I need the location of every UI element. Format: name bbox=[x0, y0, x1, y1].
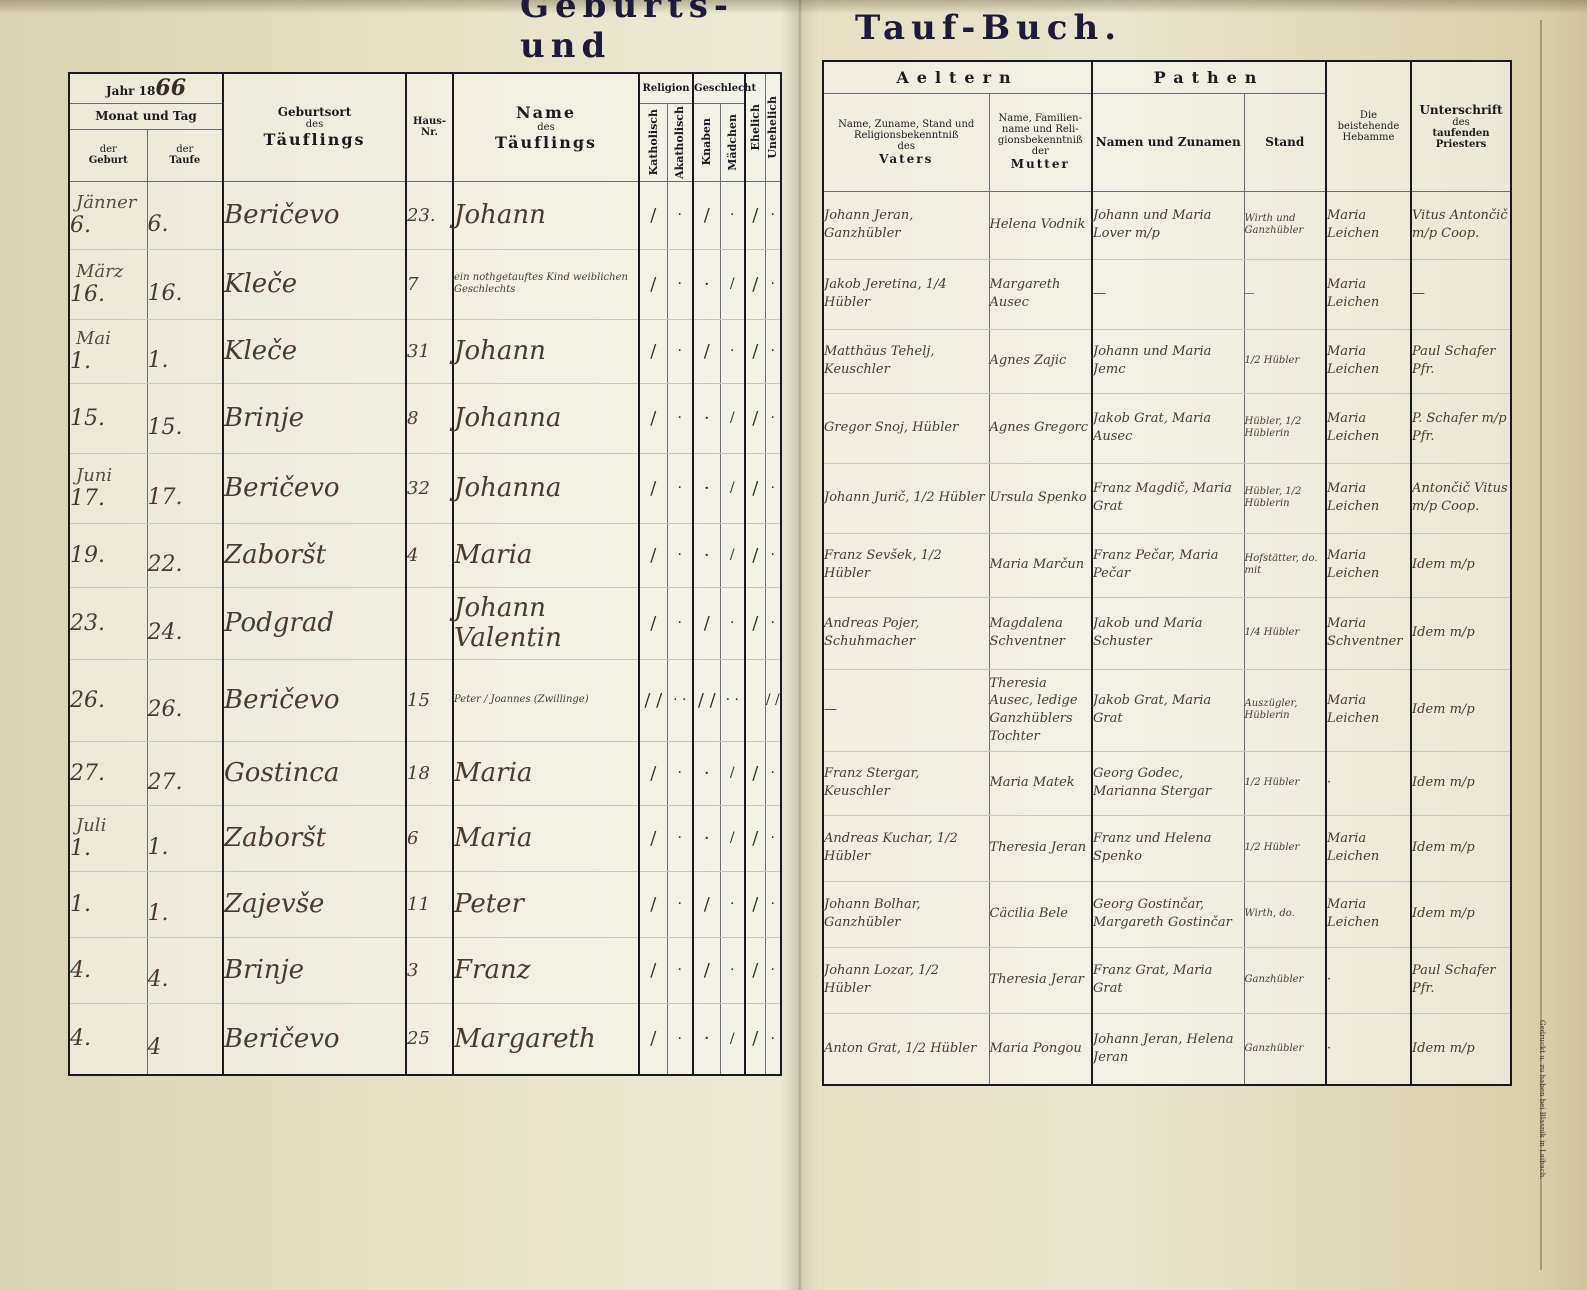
father-cell: Franz Stergar, Keuschler bbox=[823, 751, 989, 815]
catholic-label: Katholisch bbox=[647, 109, 660, 175]
godparents-cell: Johann Jeran, Helena Jeran bbox=[1092, 1013, 1244, 1085]
godparents-cell: Franz Magdič, Maria Grat bbox=[1092, 463, 1244, 533]
birthplace-cell: Beričevo bbox=[223, 1003, 406, 1075]
midwife-cell: Maria Leichen bbox=[1326, 463, 1411, 533]
godparents-cell: Georg Godec, Marianna Stergar bbox=[1092, 751, 1244, 815]
legitimate-mark: / bbox=[745, 249, 765, 319]
house-header-top: Haus- bbox=[407, 116, 452, 127]
father-cell: Matthäus Tehelj, Keuschler bbox=[823, 329, 989, 393]
father-header-l3: des bbox=[824, 141, 989, 152]
birth-day: 27. bbox=[70, 761, 105, 786]
father-cell: Jakob Jeretina, 1/4 Hübler bbox=[823, 259, 989, 329]
godparent-status-cell: 1/2 Hübler bbox=[1244, 751, 1326, 815]
birth-date-cell: 26. bbox=[69, 659, 147, 741]
year-label: Jahr 18 bbox=[106, 84, 155, 98]
boy-mark: / / bbox=[693, 659, 720, 741]
illegitimate-mark: · bbox=[765, 249, 781, 319]
father-cell: Andreas Kuchar, 1/2 Hübler bbox=[823, 815, 989, 881]
birth-date-cell: März16. bbox=[69, 249, 147, 319]
register-row: 4.4.Brinje3Franz/·/·/· bbox=[69, 937, 781, 1003]
godparent-status-cell: Ganzhübler bbox=[1244, 947, 1326, 1013]
legitimate-mark: / bbox=[745, 937, 765, 1003]
birth-date-cell: 4. bbox=[69, 937, 147, 1003]
register-row: 23.24.PodgradJohann Valentin/·/·/· bbox=[69, 587, 781, 659]
baptism-day: 16. bbox=[147, 249, 223, 319]
house-number-cell bbox=[406, 587, 453, 659]
mother-cell: Magdalena Schventner bbox=[989, 597, 1092, 669]
godparents-cell: Georg Gostinčar, Margareth Gostinčar bbox=[1092, 881, 1244, 947]
father-cell: Johann Jeran, Ganzhübler bbox=[823, 191, 989, 259]
midwife-cell: Maria Leichen bbox=[1326, 533, 1411, 597]
child-name-cell: Maria bbox=[453, 523, 639, 587]
left-register-body: Jänner6.6.Beričevo23.Johann/·/·/·März16.… bbox=[69, 181, 781, 1075]
illegitimate-mark: / / bbox=[765, 659, 781, 741]
father-cell: Franz Sevšek, 1/2 Hübler bbox=[823, 533, 989, 597]
register-row: Jänner6.6.Beričevo23.Johann/·/·/· bbox=[69, 181, 781, 249]
mother-cell: Helena Vodnik bbox=[989, 191, 1092, 259]
birthplace-header-top: Geburtsort bbox=[224, 105, 405, 119]
godparent-status-cell: Wirth, do. bbox=[1244, 881, 1326, 947]
boy-mark: · bbox=[693, 383, 720, 453]
baptism-day: 4. bbox=[147, 937, 223, 1003]
birth-date-cell: Juni17. bbox=[69, 453, 147, 523]
month-label: März bbox=[76, 261, 147, 282]
register-row: Gregor Snoj, HüblerAgnes GregorcJakob Gr… bbox=[823, 393, 1511, 463]
illegitimate-mark: · bbox=[765, 587, 781, 659]
mother-cell: Theresia Jeran bbox=[989, 815, 1092, 881]
register-row: 26.26.Beričevo15Peter / Joannes (Zwillin… bbox=[69, 659, 781, 741]
priest-signature-cell: Paul Schafer Pfr. bbox=[1411, 329, 1511, 393]
month-label: Jänner bbox=[76, 192, 147, 213]
birthplace-cell: Beričevo bbox=[223, 453, 406, 523]
priest-signature-cell: Idem m/p bbox=[1411, 533, 1511, 597]
boy-mark: · bbox=[693, 1003, 720, 1075]
catholic-header: Katholisch bbox=[639, 103, 667, 181]
house-number-cell: 18 bbox=[406, 741, 453, 805]
birth-header-small: der bbox=[70, 144, 147, 155]
non-catholic-mark: · bbox=[667, 1003, 693, 1075]
father-header-l4: Vaters bbox=[824, 152, 989, 166]
godparent-status-cell: 1/4 Hübler bbox=[1244, 597, 1326, 669]
godparent-status-cell: 1/2 Hübler bbox=[1244, 815, 1326, 881]
father-cell: Johann Jurič, 1/2 Hübler bbox=[823, 463, 989, 533]
mother-cell: Ursula Spenko bbox=[989, 463, 1092, 533]
child-name-cell: Margareth bbox=[453, 1003, 639, 1075]
baptism-day: 4 bbox=[147, 1003, 223, 1075]
girl-mark: / bbox=[720, 1003, 745, 1075]
register-row: März16.16.Kleče7ein nothgetauftes Kind w… bbox=[69, 249, 781, 319]
girl-mark: / bbox=[720, 523, 745, 587]
month-day-header: Monat und Tag bbox=[69, 103, 223, 129]
child-name-cell: Johanna bbox=[453, 453, 639, 523]
house-number-cell: 3 bbox=[406, 937, 453, 1003]
birth-date-cell: 15. bbox=[69, 383, 147, 453]
father-cell: Gregor Snoj, Hübler bbox=[823, 393, 989, 463]
girls-header: Mädchen bbox=[720, 103, 745, 181]
birthplace-header-mid: des bbox=[224, 119, 405, 130]
parents-header: Aeltern bbox=[823, 61, 1092, 93]
non-catholic-mark: · bbox=[667, 523, 693, 587]
priest-signature-cell: Idem m/p bbox=[1411, 1013, 1511, 1085]
month-label: Mai bbox=[76, 328, 147, 349]
catholic-mark: / bbox=[639, 523, 667, 587]
register-row: Mai1.1.Kleče31Johann/·/·/· bbox=[69, 319, 781, 383]
boy-mark: / bbox=[693, 871, 720, 937]
mother-cell: Margareth Ausec bbox=[989, 259, 1092, 329]
godparent-status-cell: Hübler, 1/2 Hüblerin bbox=[1244, 393, 1326, 463]
birth-date-cell: 4. bbox=[69, 1003, 147, 1075]
boy-mark: · bbox=[693, 805, 720, 871]
legitimate-mark: / bbox=[745, 741, 765, 805]
godparent-status-cell: Hübler, 1/2 Hüblerin bbox=[1244, 463, 1326, 533]
birth-day: 16. bbox=[70, 282, 105, 307]
midwife-cell: Maria Leichen bbox=[1326, 393, 1411, 463]
non-catholic-mark: · bbox=[667, 871, 693, 937]
baptism-header-label: Taufe bbox=[148, 155, 223, 166]
legitimate-mark: / bbox=[745, 871, 765, 937]
right-register-body: Johann Jeran, GanzhüblerHelena VodnikJoh… bbox=[823, 191, 1511, 1085]
register-row: 1.1.Zajevše11Peter/·/·/· bbox=[69, 871, 781, 937]
priest-signature-cell: Antončič Vitus m/p Coop. bbox=[1411, 463, 1511, 533]
mother-header: Name, Familien- name und Reli- gionsbeke… bbox=[989, 93, 1092, 191]
register-row: Anton Grat, 1/2 HüblerMaria PongouJohann… bbox=[823, 1013, 1511, 1085]
printer-imprint: Gedruckt u. zu haben bei Blasnik in Laib… bbox=[1538, 1020, 1546, 1179]
child-name-cell: Johann bbox=[453, 181, 639, 249]
birthplace-cell: Podgrad bbox=[223, 587, 406, 659]
midwife-cell: Maria Leichen bbox=[1326, 669, 1411, 751]
birthplace-cell: Gostinca bbox=[223, 741, 406, 805]
house-number-cell: 25 bbox=[406, 1003, 453, 1075]
right-register-table: Aeltern Pathen Die beistehende Hebamme U… bbox=[822, 60, 1512, 1086]
catholic-mark: / bbox=[639, 181, 667, 249]
mother-header-l1: Name, Familien- bbox=[990, 113, 1092, 124]
catholic-mark: / bbox=[639, 319, 667, 383]
boy-mark: · bbox=[693, 741, 720, 805]
register-row: Jakob Jeretina, 1/4 HüblerMargareth Ause… bbox=[823, 259, 1511, 329]
godparents-cell: Johann und Maria Lover m/p bbox=[1092, 191, 1244, 259]
boy-mark: · bbox=[693, 453, 720, 523]
non-catholic-label: Akatholisch bbox=[673, 106, 686, 179]
left-page: Geburts- und Jahr 1866 Geburtsort des Tä… bbox=[0, 0, 790, 1290]
name-header-top: Name bbox=[454, 103, 638, 122]
child-name-cell: Peter bbox=[453, 871, 639, 937]
birth-day: 1. bbox=[70, 349, 91, 374]
birth-date-cell: 23. bbox=[69, 587, 147, 659]
birthplace-header: Geburtsort des Täuflings bbox=[223, 73, 406, 181]
godparents-cell: Jakob Grat, Maria Ausec bbox=[1092, 393, 1244, 463]
girl-mark: / bbox=[720, 741, 745, 805]
catholic-mark: / bbox=[639, 937, 667, 1003]
sex-header: Geschlecht bbox=[693, 73, 745, 103]
girl-mark: · · bbox=[720, 659, 745, 741]
catholic-mark: / / bbox=[639, 659, 667, 741]
illegitimate-mark: · bbox=[765, 937, 781, 1003]
birthplace-cell: Zaboršt bbox=[223, 523, 406, 587]
godparents-cell: Franz Grat, Maria Grat bbox=[1092, 947, 1244, 1013]
mother-header-l3: gionsbekenntniß bbox=[990, 135, 1092, 146]
register-row: 27.27.Gostinca18Maria/··//· bbox=[69, 741, 781, 805]
religion-header: Religion bbox=[639, 73, 693, 103]
birthplace-cell: Kleče bbox=[223, 319, 406, 383]
mother-cell: Agnes Zajic bbox=[989, 329, 1092, 393]
mother-header-l2: name und Reli- bbox=[990, 124, 1092, 135]
year-header: Jahr 1866 bbox=[69, 73, 223, 103]
baptism-day: 17. bbox=[147, 453, 223, 523]
godparents-header: Pathen bbox=[1092, 61, 1326, 93]
birth-day: 4. bbox=[70, 958, 91, 983]
priest-signature-cell: Paul Schafer Pfr. bbox=[1411, 947, 1511, 1013]
non-catholic-mark: · bbox=[667, 181, 693, 249]
mother-cell: Maria Matek bbox=[989, 751, 1092, 815]
priest-signature-cell: Idem m/p bbox=[1411, 597, 1511, 669]
godparent-status-cell: — bbox=[1244, 259, 1326, 329]
boy-mark: / bbox=[693, 319, 720, 383]
godparents-cell: Jakob Grat, Maria Grat bbox=[1092, 669, 1244, 751]
non-catholic-mark: · bbox=[667, 587, 693, 659]
midwife-header-l2: beistehende bbox=[1327, 121, 1410, 132]
birth-date-cell: Juli1. bbox=[69, 805, 147, 871]
priest-signature-cell: Vitus Antončič m/p Coop. bbox=[1411, 191, 1511, 259]
godparents-cell: Franz und Helena Spenko bbox=[1092, 815, 1244, 881]
birth-day: 6. bbox=[70, 213, 91, 238]
child-name-header: Name des Täuflings bbox=[453, 73, 639, 181]
register-row: Johann Bolhar, GanzhüblerCäcilia BeleGeo… bbox=[823, 881, 1511, 947]
catholic-mark: / bbox=[639, 453, 667, 523]
birth-day: 15. bbox=[70, 406, 105, 431]
non-catholic-mark: · bbox=[667, 741, 693, 805]
mother-cell: Theresia Ausec, ledige Ganzhüblers Tocht… bbox=[989, 669, 1092, 751]
house-number-cell: 32 bbox=[406, 453, 453, 523]
mother-header-l4: der bbox=[990, 146, 1092, 157]
birthplace-cell: Beričevo bbox=[223, 659, 406, 741]
register-row: —Theresia Ausec, ledige Ganzhüblers Toch… bbox=[823, 669, 1511, 751]
child-name-cell: Johann bbox=[453, 319, 639, 383]
register-row: Franz Stergar, KeuschlerMaria MatekGeorg… bbox=[823, 751, 1511, 815]
father-header-l2: Religionsbekenntniß bbox=[824, 130, 989, 141]
mother-header-l5: Mutter bbox=[990, 157, 1092, 171]
non-catholic-mark: · bbox=[667, 937, 693, 1003]
boys-label: Knaben bbox=[700, 118, 713, 165]
name-header-bottom: Täuflings bbox=[454, 133, 638, 152]
midwife-cell: Maria Leichen bbox=[1326, 329, 1411, 393]
godparent-status-cell: Auszügler, Hüblerin bbox=[1244, 669, 1326, 751]
register-row: 15.15.Brinje8Johanna/··//· bbox=[69, 383, 781, 453]
mother-cell: Cäcilia Bele bbox=[989, 881, 1092, 947]
child-name-cell: Maria bbox=[453, 741, 639, 805]
register-row: Matthäus Tehelj, KeuschlerAgnes ZajicJoh… bbox=[823, 329, 1511, 393]
baptism-day: 26. bbox=[147, 659, 223, 741]
legitimate-mark: / bbox=[745, 587, 765, 659]
birth-date-cell: 27. bbox=[69, 741, 147, 805]
catholic-mark: / bbox=[639, 741, 667, 805]
birthplace-cell: Kleče bbox=[223, 249, 406, 319]
baptism-day: 24. bbox=[147, 587, 223, 659]
girl-mark: / bbox=[720, 453, 745, 523]
birth-day: 23. bbox=[70, 611, 105, 636]
catholic-mark: / bbox=[639, 805, 667, 871]
priest-signature-cell: — bbox=[1411, 259, 1511, 329]
girl-mark: · bbox=[720, 871, 745, 937]
midwife-cell: Maria Leichen bbox=[1326, 259, 1411, 329]
illegitimate-mark: · bbox=[765, 523, 781, 587]
baptism-day: 27. bbox=[147, 741, 223, 805]
boy-mark: / bbox=[693, 587, 720, 659]
birth-date-cell: Mai1. bbox=[69, 319, 147, 383]
catholic-mark: / bbox=[639, 1003, 667, 1075]
legitimate-mark: / bbox=[745, 523, 765, 587]
non-catholic-mark: · · bbox=[667, 659, 693, 741]
godparents-cell: — bbox=[1092, 259, 1244, 329]
mother-cell: Maria Marčun bbox=[989, 533, 1092, 597]
boy-mark: / bbox=[693, 937, 720, 1003]
register-row: 19.22.Zaboršt4Maria/··//· bbox=[69, 523, 781, 587]
book-title-left: Geburts- und bbox=[520, 0, 790, 66]
house-number-cell: 7 bbox=[406, 249, 453, 319]
illegit-label: Unehelich bbox=[766, 96, 779, 159]
priest-header: Unterschrift des taufenden Priesters bbox=[1411, 61, 1511, 191]
baptism-date-header: der Taufe bbox=[147, 129, 223, 181]
midwife-header-l1: Die bbox=[1327, 110, 1410, 121]
legitimate-mark: / bbox=[745, 383, 765, 453]
midwife-cell: Maria Leichen bbox=[1326, 191, 1411, 259]
baptism-day: 1. bbox=[147, 319, 223, 383]
month-label: Juni bbox=[76, 465, 147, 486]
house-number-cell: 8 bbox=[406, 383, 453, 453]
priest-signature-cell: Idem m/p bbox=[1411, 751, 1511, 815]
father-cell: Anton Grat, 1/2 Hübler bbox=[823, 1013, 989, 1085]
baptism-day: 22. bbox=[147, 523, 223, 587]
non-catholic-mark: · bbox=[667, 453, 693, 523]
boys-header: Knaben bbox=[693, 103, 720, 181]
father-header-l1: Name, Zuname, Stand und bbox=[824, 119, 989, 130]
birth-day: 4. bbox=[70, 1026, 91, 1051]
baptism-day: 6. bbox=[147, 181, 223, 249]
register-row: Johann Jurič, 1/2 HüblerUrsula SpenkoFra… bbox=[823, 463, 1511, 533]
house-number-cell: 23. bbox=[406, 181, 453, 249]
birth-day: 19. bbox=[70, 543, 105, 568]
legitimate-mark: / bbox=[745, 805, 765, 871]
godparent-names-header: Namen und Zunamen bbox=[1092, 93, 1244, 191]
midwife-cell: Maria Leichen bbox=[1326, 815, 1411, 881]
priest-signature-cell: Idem m/p bbox=[1411, 669, 1511, 751]
boy-mark: · bbox=[693, 523, 720, 587]
illegitimate-mark: · bbox=[765, 741, 781, 805]
birthplace-header-bottom: Täuflings bbox=[224, 130, 405, 149]
girl-mark: · bbox=[720, 319, 745, 383]
godparents-cell: Franz Pečar, Maria Pečar bbox=[1092, 533, 1244, 597]
illegitimate-mark: · bbox=[765, 805, 781, 871]
left-register-table: Jahr 1866 Geburtsort des Täuflings Haus-… bbox=[68, 72, 782, 1076]
legitimate-mark: / bbox=[745, 453, 765, 523]
illegitimate-mark: · bbox=[765, 871, 781, 937]
register-row: Andreas Kuchar, 1/2 HüblerTheresia Jeran… bbox=[823, 815, 1511, 881]
godparents-cell: Jakob und Maria Schuster bbox=[1092, 597, 1244, 669]
midwife-cell: · bbox=[1326, 751, 1411, 815]
illegitimate-mark: · bbox=[765, 181, 781, 249]
register-row: Franz Sevšek, 1/2 HüblerMaria MarčunFran… bbox=[823, 533, 1511, 597]
house-header-bottom: Nr. bbox=[407, 127, 452, 138]
father-cell: Johann Lozar, 1/2 Hübler bbox=[823, 947, 989, 1013]
birth-day: 1. bbox=[70, 892, 91, 917]
baptism-day: 1. bbox=[147, 805, 223, 871]
birth-day: 26. bbox=[70, 688, 105, 713]
girl-mark: / bbox=[720, 805, 745, 871]
girls-label: Mädchen bbox=[726, 114, 739, 171]
catholic-mark: / bbox=[639, 249, 667, 319]
name-header-mid: des bbox=[454, 122, 638, 133]
baptism-day: 15. bbox=[147, 383, 223, 453]
register-row: 4.4Beričevo25Margareth/··//· bbox=[69, 1003, 781, 1075]
priest-signature-cell: P. Schafer m/p Pfr. bbox=[1411, 393, 1511, 463]
illegitimate-mark: · bbox=[765, 383, 781, 453]
register-row: Juli1.1.Zaboršt6Maria/··//· bbox=[69, 805, 781, 871]
child-name-cell: Franz bbox=[453, 937, 639, 1003]
godparent-status-header: Stand bbox=[1244, 93, 1326, 191]
girl-mark: / bbox=[720, 383, 745, 453]
birth-date-cell: 1. bbox=[69, 871, 147, 937]
father-cell: Andreas Pojer, Schuhmacher bbox=[823, 597, 989, 669]
non-catholic-mark: · bbox=[667, 383, 693, 453]
birth-date-header: der Geburt bbox=[69, 129, 147, 181]
birth-day: 17. bbox=[70, 486, 105, 511]
child-name-cell: Maria bbox=[453, 805, 639, 871]
midwife-header: Die beistehende Hebamme bbox=[1326, 61, 1411, 191]
father-header: Name, Zuname, Stand und Religionsbekennt… bbox=[823, 93, 989, 191]
illegitimate-mark: · bbox=[765, 319, 781, 383]
child-name-cell: Johann Valentin bbox=[453, 587, 639, 659]
child-name-cell: Peter / Joannes (Zwillinge) bbox=[453, 659, 639, 741]
birthplace-cell: Zajevše bbox=[223, 871, 406, 937]
father-cell: Johann Bolhar, Ganzhübler bbox=[823, 881, 989, 947]
midwife-cell: · bbox=[1326, 947, 1411, 1013]
non-catholic-mark: · bbox=[667, 805, 693, 871]
catholic-mark: / bbox=[639, 383, 667, 453]
mother-cell: Maria Pongou bbox=[989, 1013, 1092, 1085]
godparent-status-cell: Wirth und Ganzhübler bbox=[1244, 191, 1326, 259]
mother-cell: Theresia Jerar bbox=[989, 947, 1092, 1013]
midwife-header-l3: Hebamme bbox=[1327, 132, 1410, 143]
birth-day: 1. bbox=[70, 836, 91, 861]
house-number-cell: 15 bbox=[406, 659, 453, 741]
birth-date-cell: 19. bbox=[69, 523, 147, 587]
birthplace-cell: Brinje bbox=[223, 937, 406, 1003]
non-catholic-mark: · bbox=[667, 319, 693, 383]
house-number-cell: 31 bbox=[406, 319, 453, 383]
midwife-cell: Maria Schventner bbox=[1326, 597, 1411, 669]
godparent-status-cell: 1/2 Hübler bbox=[1244, 329, 1326, 393]
legitimate-mark: / bbox=[745, 1003, 765, 1075]
birth-header-label: Geburt bbox=[70, 155, 147, 166]
illegitimate-mark: · bbox=[765, 1003, 781, 1075]
girl-mark: · bbox=[720, 587, 745, 659]
priest-header-l3: taufenden Priesters bbox=[1412, 128, 1510, 150]
house-number-header: Haus- Nr. bbox=[406, 73, 453, 181]
illegit-header: Unehelich bbox=[765, 73, 781, 181]
boy-mark: / bbox=[693, 181, 720, 249]
legitimate-mark bbox=[745, 659, 765, 741]
register-row: Johann Lozar, 1/2 HüblerTheresia JerarFr… bbox=[823, 947, 1511, 1013]
register-row: Johann Jeran, GanzhüblerHelena VodnikJoh… bbox=[823, 191, 1511, 259]
priest-header-l2: des bbox=[1412, 117, 1510, 128]
year-value: 66 bbox=[155, 75, 186, 101]
priest-header-l1: Unterschrift bbox=[1412, 103, 1510, 117]
birthplace-cell: Brinje bbox=[223, 383, 406, 453]
girl-mark: / bbox=[720, 249, 745, 319]
godparent-status-cell: Ganzhübler bbox=[1244, 1013, 1326, 1085]
house-number-cell: 6 bbox=[406, 805, 453, 871]
birthplace-cell: Beričevo bbox=[223, 181, 406, 249]
house-number-cell: 11 bbox=[406, 871, 453, 937]
